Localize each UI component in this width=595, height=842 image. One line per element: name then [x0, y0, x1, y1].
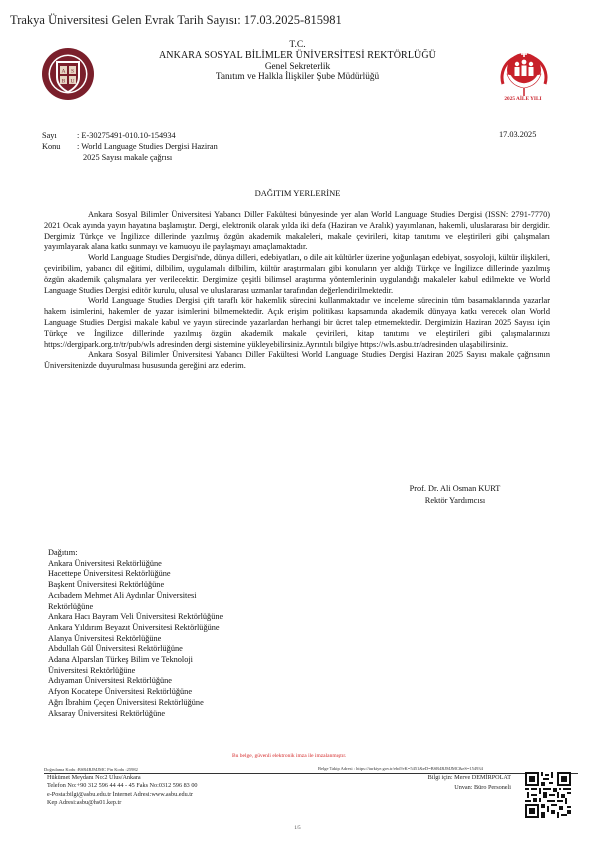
list-item: Ağrı İbrahim Çeçen Üniversitesi Rektörlü… [48, 698, 223, 709]
sayi-value: : E-30275491-010.10-154934 [77, 130, 176, 141]
contact-title: Unvan: Büro Personeli [380, 783, 511, 793]
address-line: Hükümet Meydanı No:2 Ulus/Ankara [47, 774, 198, 782]
list-item: Adana Alparslan Türkeş Bilim ve Teknoloj… [48, 655, 223, 666]
konu-value: : World Language Studies Dergisi Haziran [77, 141, 218, 152]
list-item: Aksaray Üniversitesi Rektörlüğüne [48, 709, 223, 720]
list-item: Afyon Kocatepe Üniversitesi Rektörlüğüne [48, 687, 223, 698]
list-item: Üniversitesi Rektörlüğüne [48, 666, 223, 677]
document-date: 17.03.2025 [499, 130, 536, 139]
body-paragraph: Ankara Sosyal Bilimler Üniversitesi Yaba… [44, 350, 550, 372]
incoming-document-stamp: Trakya Üniversitesi Gelen Evrak Tarih Sa… [10, 13, 342, 28]
list-item: Adıyaman Üniversitesi Rektörlüğüne [48, 676, 223, 687]
list-item: Ankara Üniversitesi Rektörlüğüne [48, 559, 223, 570]
distribution-label: Dağıtım: [48, 548, 223, 559]
konu-value-cont: 2025 Sayısı makale çağrısı [42, 152, 172, 163]
contact-person: Bilgi için: Merve DEMİRPOLAT [380, 773, 511, 783]
contact-info: Bilgi için: Merve DEMİRPOLAT Unvan: Büro… [380, 773, 511, 793]
qr-code-icon [525, 772, 571, 818]
list-item: Alanya Üniversitesi Rektörlüğüne [48, 634, 223, 645]
addressee-title: DAĞITIM YERLERİNE [0, 188, 595, 198]
konu-label: Konu [42, 141, 77, 152]
list-item: Acıbadem Mehmet Ali Aydınlar Üniversites… [48, 591, 223, 602]
verification-code: Doğrulama Kodu :BSR4RJMJMC Pin Kodu :259… [44, 767, 138, 772]
document-meta: Sayı : E-30275491-010.10-154934 Konu : W… [42, 130, 218, 163]
list-item: Rektörlüğüne [48, 602, 223, 613]
body-paragraph: World Language Studies Dergisi çift tara… [44, 296, 550, 350]
kep-line: Kep Adresi:asbu@hs01.kep.tr [47, 799, 198, 807]
email-line: e-Posta:bilgi@asbu.edu.tr İnternet Adres… [47, 791, 198, 799]
esign-notice: Bu belge, güvenli elektronik imza ile im… [232, 753, 346, 759]
page-number: 1/5 [0, 826, 595, 831]
footer-address: Hükümet Meydanı No:2 Ulus/Ankara Telefon… [47, 774, 198, 808]
list-item: Hacettepe Üniversitesi Rektörlüğüne [48, 569, 223, 580]
list-item: Başkent Üniversitesi Rektörlüğüne [48, 580, 223, 591]
signature-block: Prof. Dr. Ali Osman KURT Rektör Yardımcı… [385, 483, 525, 507]
phone-line: Telefon No:+90 312 596 44 44 - 45 Faks N… [47, 782, 198, 790]
family-year-caption: 2025 AİLE YILI [487, 96, 559, 102]
signatory-title: Rektör Yardımcısı [385, 495, 525, 507]
family-year-icon [495, 44, 553, 102]
body-paragraph: Ankara Sosyal Bilimler Üniversitesi Yaba… [44, 210, 550, 253]
tracking-url[interactable]: Belge Takip Adresi : https://turkiye.gov… [318, 766, 483, 771]
letter-body: Ankara Sosyal Bilimler Üniversitesi Yaba… [44, 210, 550, 372]
signatory-name: Prof. Dr. Ali Osman KURT [385, 483, 525, 495]
body-paragraph: World Language Studies Dergisi'nde, düny… [44, 253, 550, 296]
list-item: Ankara Yıldırım Beyazıt Üniversitesi Rek… [48, 623, 223, 634]
list-item: Abdullah Gül Üniversitesi Rektörlüğüne [48, 644, 223, 655]
list-item: Ankara Hacı Bayram Veli Üniversitesi Rek… [48, 612, 223, 623]
sayi-label: Sayı [42, 130, 77, 141]
distribution-list: Dağıtım: Ankara Üniversitesi Rektörlüğün… [48, 548, 223, 719]
